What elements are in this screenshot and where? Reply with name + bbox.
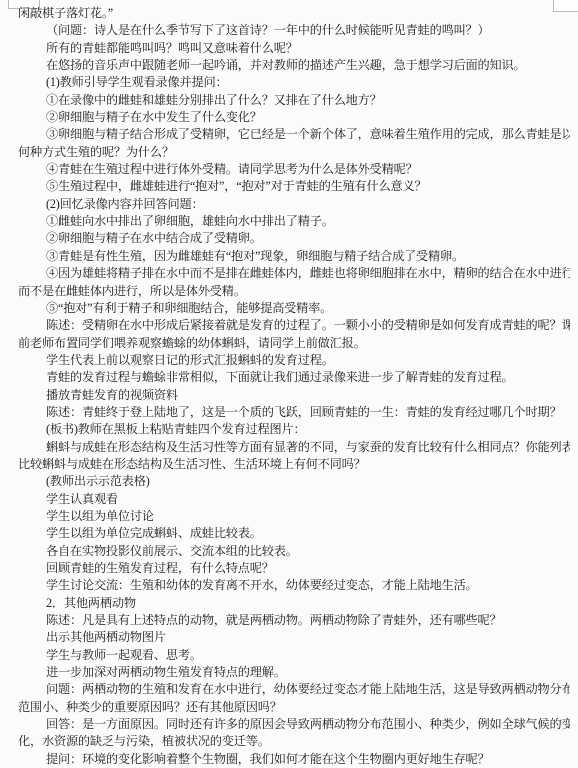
document-line: 回答：是一方面原因。同时还有许多的原因会导致两栖动物分布范围小、种类少，例如全球…: [18, 716, 570, 733]
document-line: 提问：环境的变化影响着整个生物圈，我们如何才能在这个生物圈内更好地生存呢？: [18, 751, 570, 768]
document-line: （问题：诗人是在什么季节写下了这首诗？一年中的什么时候能听见青蛙的鸣叫？）: [18, 22, 570, 39]
document-line: ④因为雄蛙将精子排在水中而不是排在雌蛙体内，雌蛙也将卵细胞排在水中，精卵的结合在…: [18, 265, 570, 282]
document-line: 陈述：凡是具有上述特点的动物，就是两栖动物。两栖动物除了青蛙外，还有哪些呢？: [18, 612, 570, 629]
document-line: 学生讨论交流：生殖和幼体的发育离不开水，幼体要经过变态，才能上陆地生活。: [18, 577, 570, 594]
document-line: ③卵细胞与精子结合形成了受精卵，它已经是一个新个体了，意味着生殖作用的完成，那么…: [18, 126, 570, 143]
document-line: (1)教师引导学生观看录像并提问：: [18, 74, 570, 91]
document-line: ②卵细胞与精子在水中结合成了受精卵。: [18, 230, 570, 247]
document-line: (板书)教师在黑板上粘贴青蛙四个发育过程图片：: [18, 421, 570, 438]
document-line: 蝌蚪与成蛙在形态结构及生活习性等方面有显著的不同，与家蚕的发育比较有什么相同点？…: [18, 439, 570, 456]
document-line: 比较蝌蚪与成蛙在形态结构及生活习性、生活环境上有何不同吗？: [18, 456, 570, 473]
document-line: 播放青蛙发育的视频资料: [18, 387, 570, 404]
document-line: (教师出示示范表格): [18, 473, 570, 490]
document-line: 各自在实物投影仪前展示、交流本组的比较表。: [18, 543, 570, 560]
document-line: 前老师布置同学们喂养观察蟾蜍的幼体蝌蚪，请同学上前做汇报。: [18, 335, 570, 352]
document-line: ④青蛙在生殖过程中进行体外受精。请同学思考为什么是体外受精呢？: [18, 161, 570, 178]
document-line: 回顾青蛙的生殖发育过程，有什么特点呢？: [18, 560, 570, 577]
document-line: ②卵细胞与精子在水中发生了什么变化？: [18, 109, 570, 126]
document-line: 而不是在雌蛙体内进行，所以是体外受精。: [18, 283, 570, 300]
document-line: 化，水资源的缺乏与污染，植被状况的变迁等。: [18, 733, 570, 750]
document-line: ③青蛙是有性生殖，因为雌雄蛙有“抱对”现象，卵细胞与精子结合成了受精卵。: [18, 248, 570, 265]
document-line: 所有的青蛙都能鸣叫吗？鸣叫又意味着什么呢？: [18, 40, 570, 57]
document-line: (2)回忆录像内容并回答问题：: [18, 196, 570, 213]
document-line: 学生以组为单位完成蝌蚪、成蛙比较表。: [18, 525, 570, 542]
document-line: 进一步加深对两栖动物生殖发育特点的理解。: [18, 664, 570, 681]
document-line: ①在录像中的雌蛙和雄蛙分别排出了什么？又排在了什么地方？: [18, 92, 570, 109]
document-line: 学生与教师一起观看、思考。: [18, 647, 570, 664]
document-line: 在悠扬的音乐声中跟随老师一起吟诵，并对教师的描述产生兴趣，急于想学习后面的知识。: [18, 57, 570, 74]
document-page: { "page": { "background": "#fbfbfb", "te…: [0, 0, 578, 768]
text-block: 闲敲棋子落灯花。”（问题：诗人是在什么季节写下了这首诗？一年中的什么时候能听见青…: [18, 5, 570, 768]
document-line: ⑤“抱对”有利于精子和卵细胞结合，能够提高受精率。: [18, 300, 570, 317]
document-line: 陈述：青蛙终于登上陆地了，这是一个质的飞跃，回顾青蛙的一生：青蛙的发育经过哪几个…: [18, 404, 570, 421]
document-line: ⑤生殖过程中，雌雄蛙进行“抱对”，“抱对”对于青蛙的生殖有什么意义？: [18, 178, 570, 195]
document-line: 学生认真观看: [18, 491, 570, 508]
document-line: 学生代表上前以观察日记的形式汇报蝌蚪的发育过程。: [18, 352, 570, 369]
document-line: 学生以组为单位讨论: [18, 508, 570, 525]
document-line: 范围小、种类少的重要原因吗？还有其他原因吗？: [18, 699, 570, 716]
document-line: 陈述：受精卵在水中形成后紧接着就是发育的过程了。一颗小小的受精卵是如何发育成青蛙…: [18, 317, 570, 334]
document-line: ①雌蛙向水中排出了卵细胞，雄蛙向水中排出了精子。: [18, 213, 570, 230]
document-line: 2．其他两栖动物: [18, 595, 570, 612]
document-line: 青蛙的发育过程与蟾蜍非常相似，下面就让我们通过录像来进一步了解青蛙的发育过程。: [18, 369, 570, 386]
document-line: 出示其他两栖动物图片: [18, 629, 570, 646]
document-line: 问题：两栖动物的生殖和发育在水中进行，幼体要经过变态才能上陆地生活，这是导致两栖…: [18, 681, 570, 698]
document-line: 何种方式生殖的呢？为什么？: [18, 144, 570, 161]
document-line: 闲敲棋子落灯花。”: [18, 5, 570, 22]
